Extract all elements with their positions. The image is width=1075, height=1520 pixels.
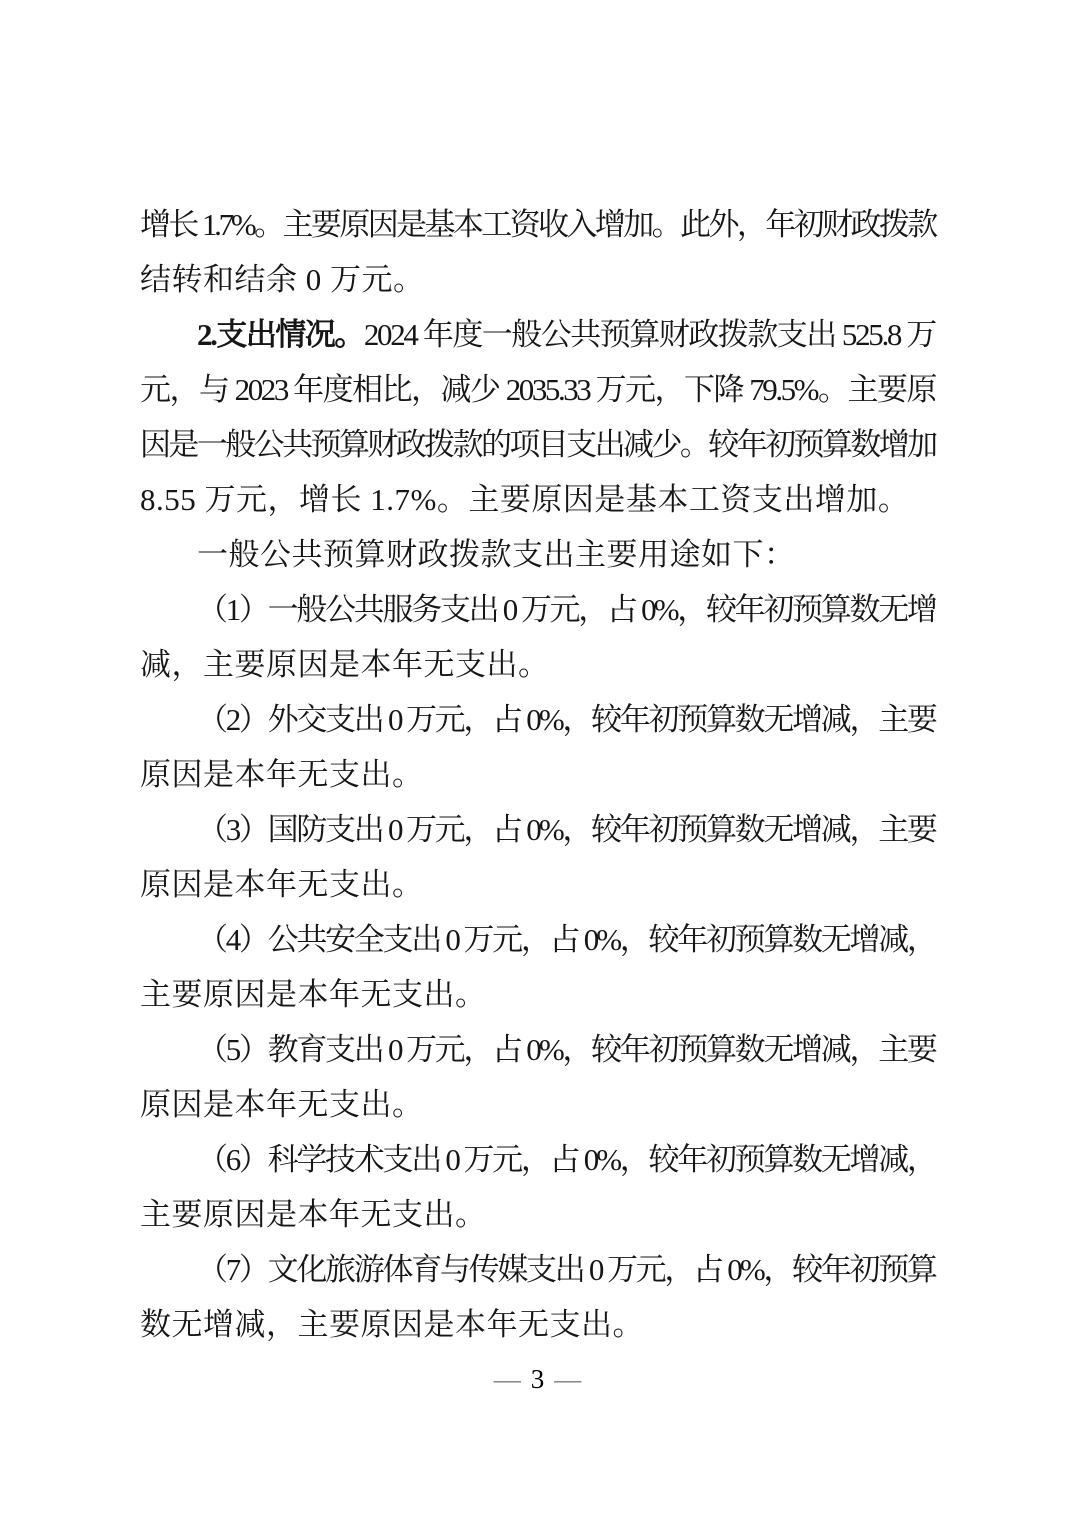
text-run: （2）外交支出 0 万元，占 0%，较年初预算数无增减，主要	[197, 702, 935, 737]
text-run: （4）公共安全支出 0 万元，占 0%，较年初预算数无增减，	[197, 922, 935, 957]
text-run: 主要原因是本年无支出。	[140, 977, 487, 1012]
bold-text-run: 2.支出情况。	[197, 317, 364, 352]
text-run: 减，主要原因是本年无支出。	[140, 647, 550, 682]
text-run: 原因是本年无支出。	[140, 1087, 424, 1122]
text-line: 8.55 万元，增长 1.7%。主要原因是基本工资支出增加。	[140, 472, 935, 527]
paragraph-item-2-diplomacy: （2）外交支出 0 万元，占 0%，较年初预算数无增减，主要原因是本年无支出。	[140, 692, 935, 802]
text-line: 原因是本年无支出。	[140, 857, 935, 912]
text-line: 主要原因是本年无支出。	[140, 967, 935, 1022]
text-run: 原因是本年无支出。	[140, 867, 424, 902]
text-run: 结转和结余 0 万元。	[140, 262, 425, 297]
text-run: （1）一般公共服务支出 0 万元，占 0%，较年初预算数无增	[197, 592, 935, 627]
text-line: （6）科学技术支出 0 万元，占 0%，较年初预算数无增减，	[140, 1132, 935, 1187]
paragraph-item-6-science-technology: （6）科学技术支出 0 万元，占 0%，较年初预算数无增减，主要原因是本年无支出…	[140, 1132, 935, 1242]
text-line: 元，与 2023 年度相比，减少 2035.33 万元，下降 79.5%。主要原	[140, 362, 935, 417]
text-line: 2.支出情况。2024 年度一般公共预算财政拨款支出 525.8 万	[140, 307, 935, 362]
text-line: 结转和结余 0 万元。	[140, 252, 935, 307]
paragraph-income-carryover: 增长 1.7%。主要原因是基本工资收入增加。此外，年初财政拨款结转和结余 0 万…	[140, 197, 935, 307]
paragraph-expenditure-overview: 2.支出情况。2024 年度一般公共预算财政拨款支出 525.8 万元，与 20…	[140, 307, 935, 527]
text-line: （3）国防支出 0 万元，占 0%，较年初预算数无增减，主要	[140, 802, 935, 857]
text-run: 2024 年度一般公共预算财政拨款支出 525.8 万	[364, 317, 935, 352]
text-line: 原因是本年无支出。	[140, 747, 935, 802]
text-run: 原因是本年无支出。	[140, 757, 424, 792]
paragraph-usage-intro: 一般公共预算财政拨款支出主要用途如下：	[140, 527, 935, 582]
paragraph-item-5-education: （5）教育支出 0 万元，占 0%，较年初预算数无增减，主要原因是本年无支出。	[140, 1022, 935, 1132]
text-line: 减，主要原因是本年无支出。	[140, 637, 935, 692]
text-run: 因是一般公共预算财政拨款的项目支出减少。较年初预算数增加	[140, 427, 935, 462]
text-run: （3）国防支出 0 万元，占 0%，较年初预算数无增减，主要	[197, 812, 935, 847]
text-line: 增长 1.7%。主要原因是基本工资收入增加。此外，年初财政拨款	[140, 197, 935, 252]
text-run: （7）文化旅游体育与传媒支出 0 万元，占 0%，较年初预算	[197, 1252, 935, 1287]
document-body: 增长 1.7%。主要原因是基本工资收入增加。此外，年初财政拨款结转和结余 0 万…	[140, 197, 935, 1352]
paragraph-item-1-general-public-services: （1）一般公共服务支出 0 万元，占 0%，较年初预算数无增减，主要原因是本年无…	[140, 582, 935, 692]
text-run: 增长 1.7%。主要原因是基本工资收入增加。此外，年初财政拨款	[140, 207, 935, 242]
text-line: （5）教育支出 0 万元，占 0%，较年初预算数无增减，主要	[140, 1022, 935, 1077]
paragraph-item-7-culture-tourism-sports-media: （7）文化旅游体育与传媒支出 0 万元，占 0%，较年初预算数无增减，主要原因是…	[140, 1242, 935, 1352]
text-run: 主要原因是本年无支出。	[140, 1197, 487, 1232]
text-line: 因是一般公共预算财政拨款的项目支出减少。较年初预算数增加	[140, 417, 935, 472]
text-run: （5）教育支出 0 万元，占 0%，较年初预算数无增减，主要	[197, 1032, 935, 1067]
text-run: （6）科学技术支出 0 万元，占 0%，较年初预算数无增减，	[197, 1142, 935, 1177]
text-line: 数无增减，主要原因是本年无支出。	[140, 1297, 935, 1352]
page-footer: —3—	[0, 1362, 1075, 1396]
text-run: 8.55 万元，增长 1.7%。主要原因是基本工资支出增加。	[140, 482, 909, 517]
page-number: 3	[531, 1364, 545, 1394]
document-page: { "document": { "paragraphs": [ { "id": …	[0, 0, 1075, 1520]
footer-dash-right: —	[554, 1364, 581, 1394]
text-line: 主要原因是本年无支出。	[140, 1187, 935, 1242]
text-run: 数无增减，主要原因是本年无支出。	[140, 1307, 644, 1342]
text-line: （1）一般公共服务支出 0 万元，占 0%，较年初预算数无增	[140, 582, 935, 637]
text-line: 一般公共预算财政拨款支出主要用途如下：	[140, 527, 935, 582]
paragraph-item-4-public-security: （4）公共安全支出 0 万元，占 0%，较年初预算数无增减，主要原因是本年无支出…	[140, 912, 935, 1022]
text-line: 原因是本年无支出。	[140, 1077, 935, 1132]
footer-dash-left: —	[494, 1364, 521, 1394]
text-line: （7）文化旅游体育与传媒支出 0 万元，占 0%，较年初预算	[140, 1242, 935, 1297]
text-line: （2）外交支出 0 万元，占 0%，较年初预算数无增减，主要	[140, 692, 935, 747]
paragraph-item-3-national-defense: （3）国防支出 0 万元，占 0%，较年初预算数无增减，主要原因是本年无支出。	[140, 802, 935, 912]
text-line: （4）公共安全支出 0 万元，占 0%，较年初预算数无增减，	[140, 912, 935, 967]
text-run: 一般公共预算财政拨款支出主要用途如下：	[197, 537, 796, 572]
text-run: 元，与 2023 年度相比，减少 2035.33 万元，下降 79.5%。主要原	[140, 372, 935, 407]
